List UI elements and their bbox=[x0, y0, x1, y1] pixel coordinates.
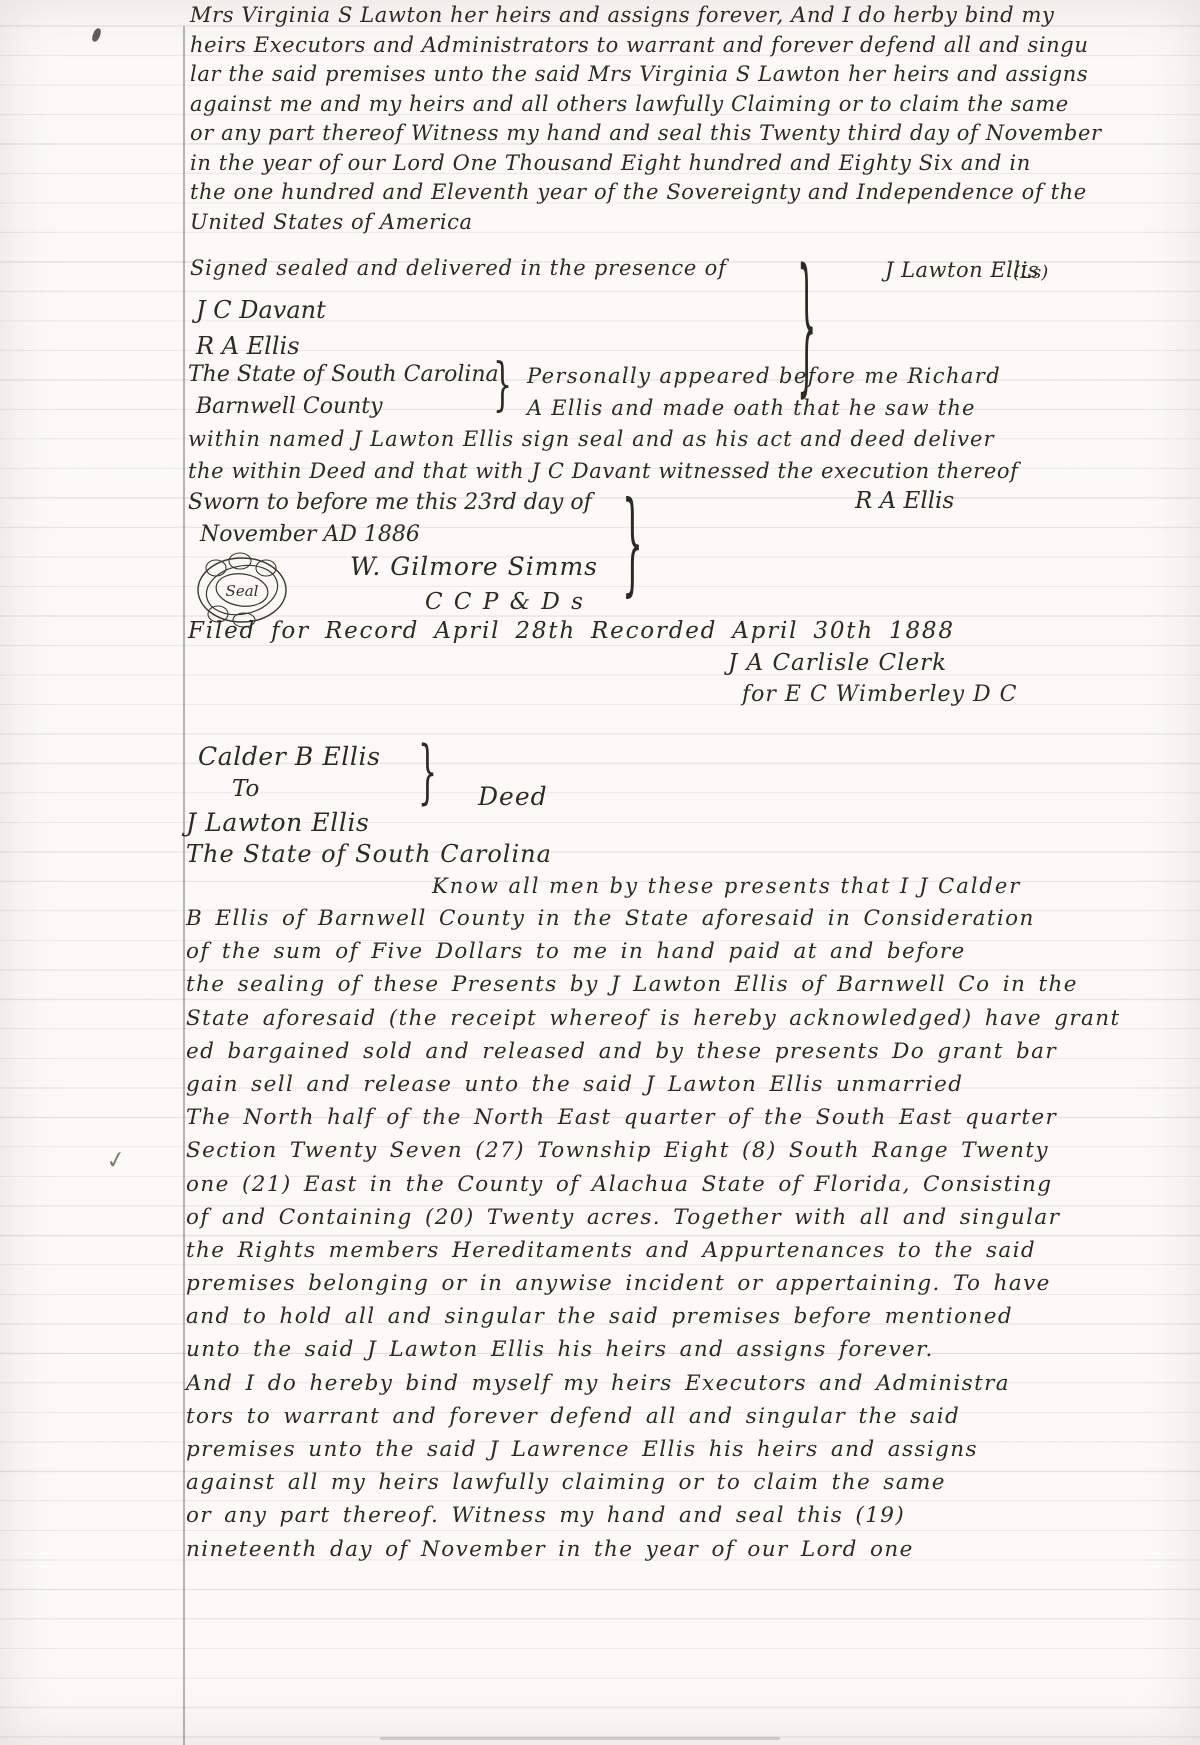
jurat-date-line: November AD 1886 bbox=[200, 522, 420, 547]
margin-checkmark: ✓ bbox=[104, 1144, 129, 1175]
deed-text-line: of and Containing (20) Twenty acres. Tog… bbox=[186, 1201, 1121, 1234]
deed-text-line: ed bargained sold and released and by th… bbox=[186, 1035, 1121, 1068]
deed-text-line: United States of America bbox=[190, 208, 1102, 238]
grantee-name: J Lawton Ellis bbox=[186, 808, 370, 837]
deed-text-line: the one hundred and Eleventh year of the… bbox=[190, 178, 1102, 208]
deed-text-line: premises belonging or in anywise inciden… bbox=[186, 1267, 1121, 1300]
deed-text-line: heirs Executors and Administrators to wa… bbox=[190, 31, 1102, 61]
deed-text-line: tors to warrant and forever defend all a… bbox=[186, 1400, 1121, 1433]
jurat-brace-icon: } bbox=[622, 492, 643, 603]
deed-text-line: against all my heirs lawfully claiming o… bbox=[186, 1466, 1121, 1499]
probate-text-line: within named J Lawton Ellis sign seal an… bbox=[188, 427, 995, 451]
deed-text-line: The North half of the North East quarter… bbox=[186, 1101, 1121, 1134]
deed-text-line: or any part thereof Witness my hand and … bbox=[190, 119, 1102, 149]
deed-text-line: in the year of our Lord One Thousand Eig… bbox=[190, 149, 1102, 179]
document-type-label: Deed bbox=[478, 782, 548, 811]
scanned-deed-page: Mrs Virginia S Lawton her heirs and assi… bbox=[0, 0, 1200, 1745]
deed-text-line: Section Twenty Seven (27) Township Eight… bbox=[186, 1134, 1121, 1167]
venue-brace-icon: } bbox=[493, 358, 512, 415]
seal-label: Seal bbox=[226, 582, 259, 600]
deed1-closing-paragraph: Mrs Virginia S Lawton her heirs and assi… bbox=[190, 1, 1102, 237]
probate-text-line: the within Deed and that with J C Davant… bbox=[188, 459, 1018, 483]
deed-text-line: And I do hereby bind myself my heirs Exe… bbox=[186, 1367, 1121, 1400]
probate-state-caption: The State of South Carolina bbox=[188, 362, 499, 387]
officer-signature: W. Gilmore Simms bbox=[350, 552, 598, 581]
deed-text-line: B Ellis of Barnwell County in the State … bbox=[186, 902, 1121, 935]
deed-text-line: lar the said premises unto the said Mrs … bbox=[190, 60, 1102, 90]
scan-speck bbox=[91, 27, 103, 43]
deputy-clerk-signature: for E C Wimberley D C bbox=[742, 682, 1017, 707]
seal-mark: (Ls) bbox=[1013, 262, 1048, 283]
deed2-state-caption: The State of South Carolina bbox=[186, 840, 552, 868]
officer-title: C C P & D s bbox=[425, 589, 585, 615]
caption-to-label: To bbox=[232, 776, 259, 802]
deed-text-line: nineteenth day of November in the year o… bbox=[186, 1533, 1121, 1566]
witness-signature: R A Ellis bbox=[196, 332, 300, 360]
deed-text-line: unto the said J Lawton Ellis his heirs a… bbox=[186, 1333, 1121, 1366]
probate-county-caption: Barnwell County bbox=[196, 394, 383, 419]
deed-text-line: one (21) East in the County of Alachua S… bbox=[186, 1168, 1121, 1201]
jurat-line: Sworn to before me this 23rd day of bbox=[188, 490, 592, 515]
deed-text-line: gain sell and release unto the said J La… bbox=[186, 1068, 1121, 1101]
deed2-body-paragraph: B Ellis of Barnwell County in the State … bbox=[186, 902, 1121, 1566]
witness-signature: J C Davant bbox=[196, 296, 326, 324]
deed-text-line: State aforesaid (the receipt whereof is … bbox=[186, 1002, 1121, 1035]
deed-text-line: of the sum of Five Dollars to me in hand… bbox=[186, 935, 1121, 968]
deed-text-line: premises unto the said J Lawrence Ellis … bbox=[186, 1433, 1121, 1466]
deed2-opening-line: Know all men by these presents that I J … bbox=[432, 874, 1021, 898]
caption-brace-icon: } bbox=[418, 740, 437, 809]
deed-text-line: or any part thereof. Witness my hand and… bbox=[186, 1499, 1121, 1532]
probate-text-line: A Ellis and made oath that he saw the bbox=[527, 396, 976, 420]
deponent-signature: R A Ellis bbox=[855, 488, 954, 514]
grantor-name: Calder B Ellis bbox=[198, 742, 381, 771]
attestation-presence-line: Signed sealed and delivered in the prese… bbox=[190, 256, 727, 280]
deed-text-line: the Rights members Hereditaments and App… bbox=[186, 1234, 1121, 1267]
probate-text-line: Personally appeared before me Richard bbox=[527, 364, 1001, 388]
deed-text-line: and to hold all and singular the said pr… bbox=[186, 1300, 1121, 1333]
filed-for-record-line: Filed for Record April 28th Recorded Apr… bbox=[188, 618, 955, 644]
deed-text-line: the sealing of these Presents by J Lawto… bbox=[186, 968, 1121, 1001]
left-margin-rule bbox=[183, 26, 185, 1745]
deed-text-line: against me and my heirs and all others l… bbox=[190, 90, 1102, 120]
scan-artifact bbox=[380, 1737, 780, 1740]
clerk-signature: J A Carlisle Clerk bbox=[728, 650, 947, 676]
deed-text-line: Mrs Virginia S Lawton her heirs and assi… bbox=[190, 1, 1102, 31]
